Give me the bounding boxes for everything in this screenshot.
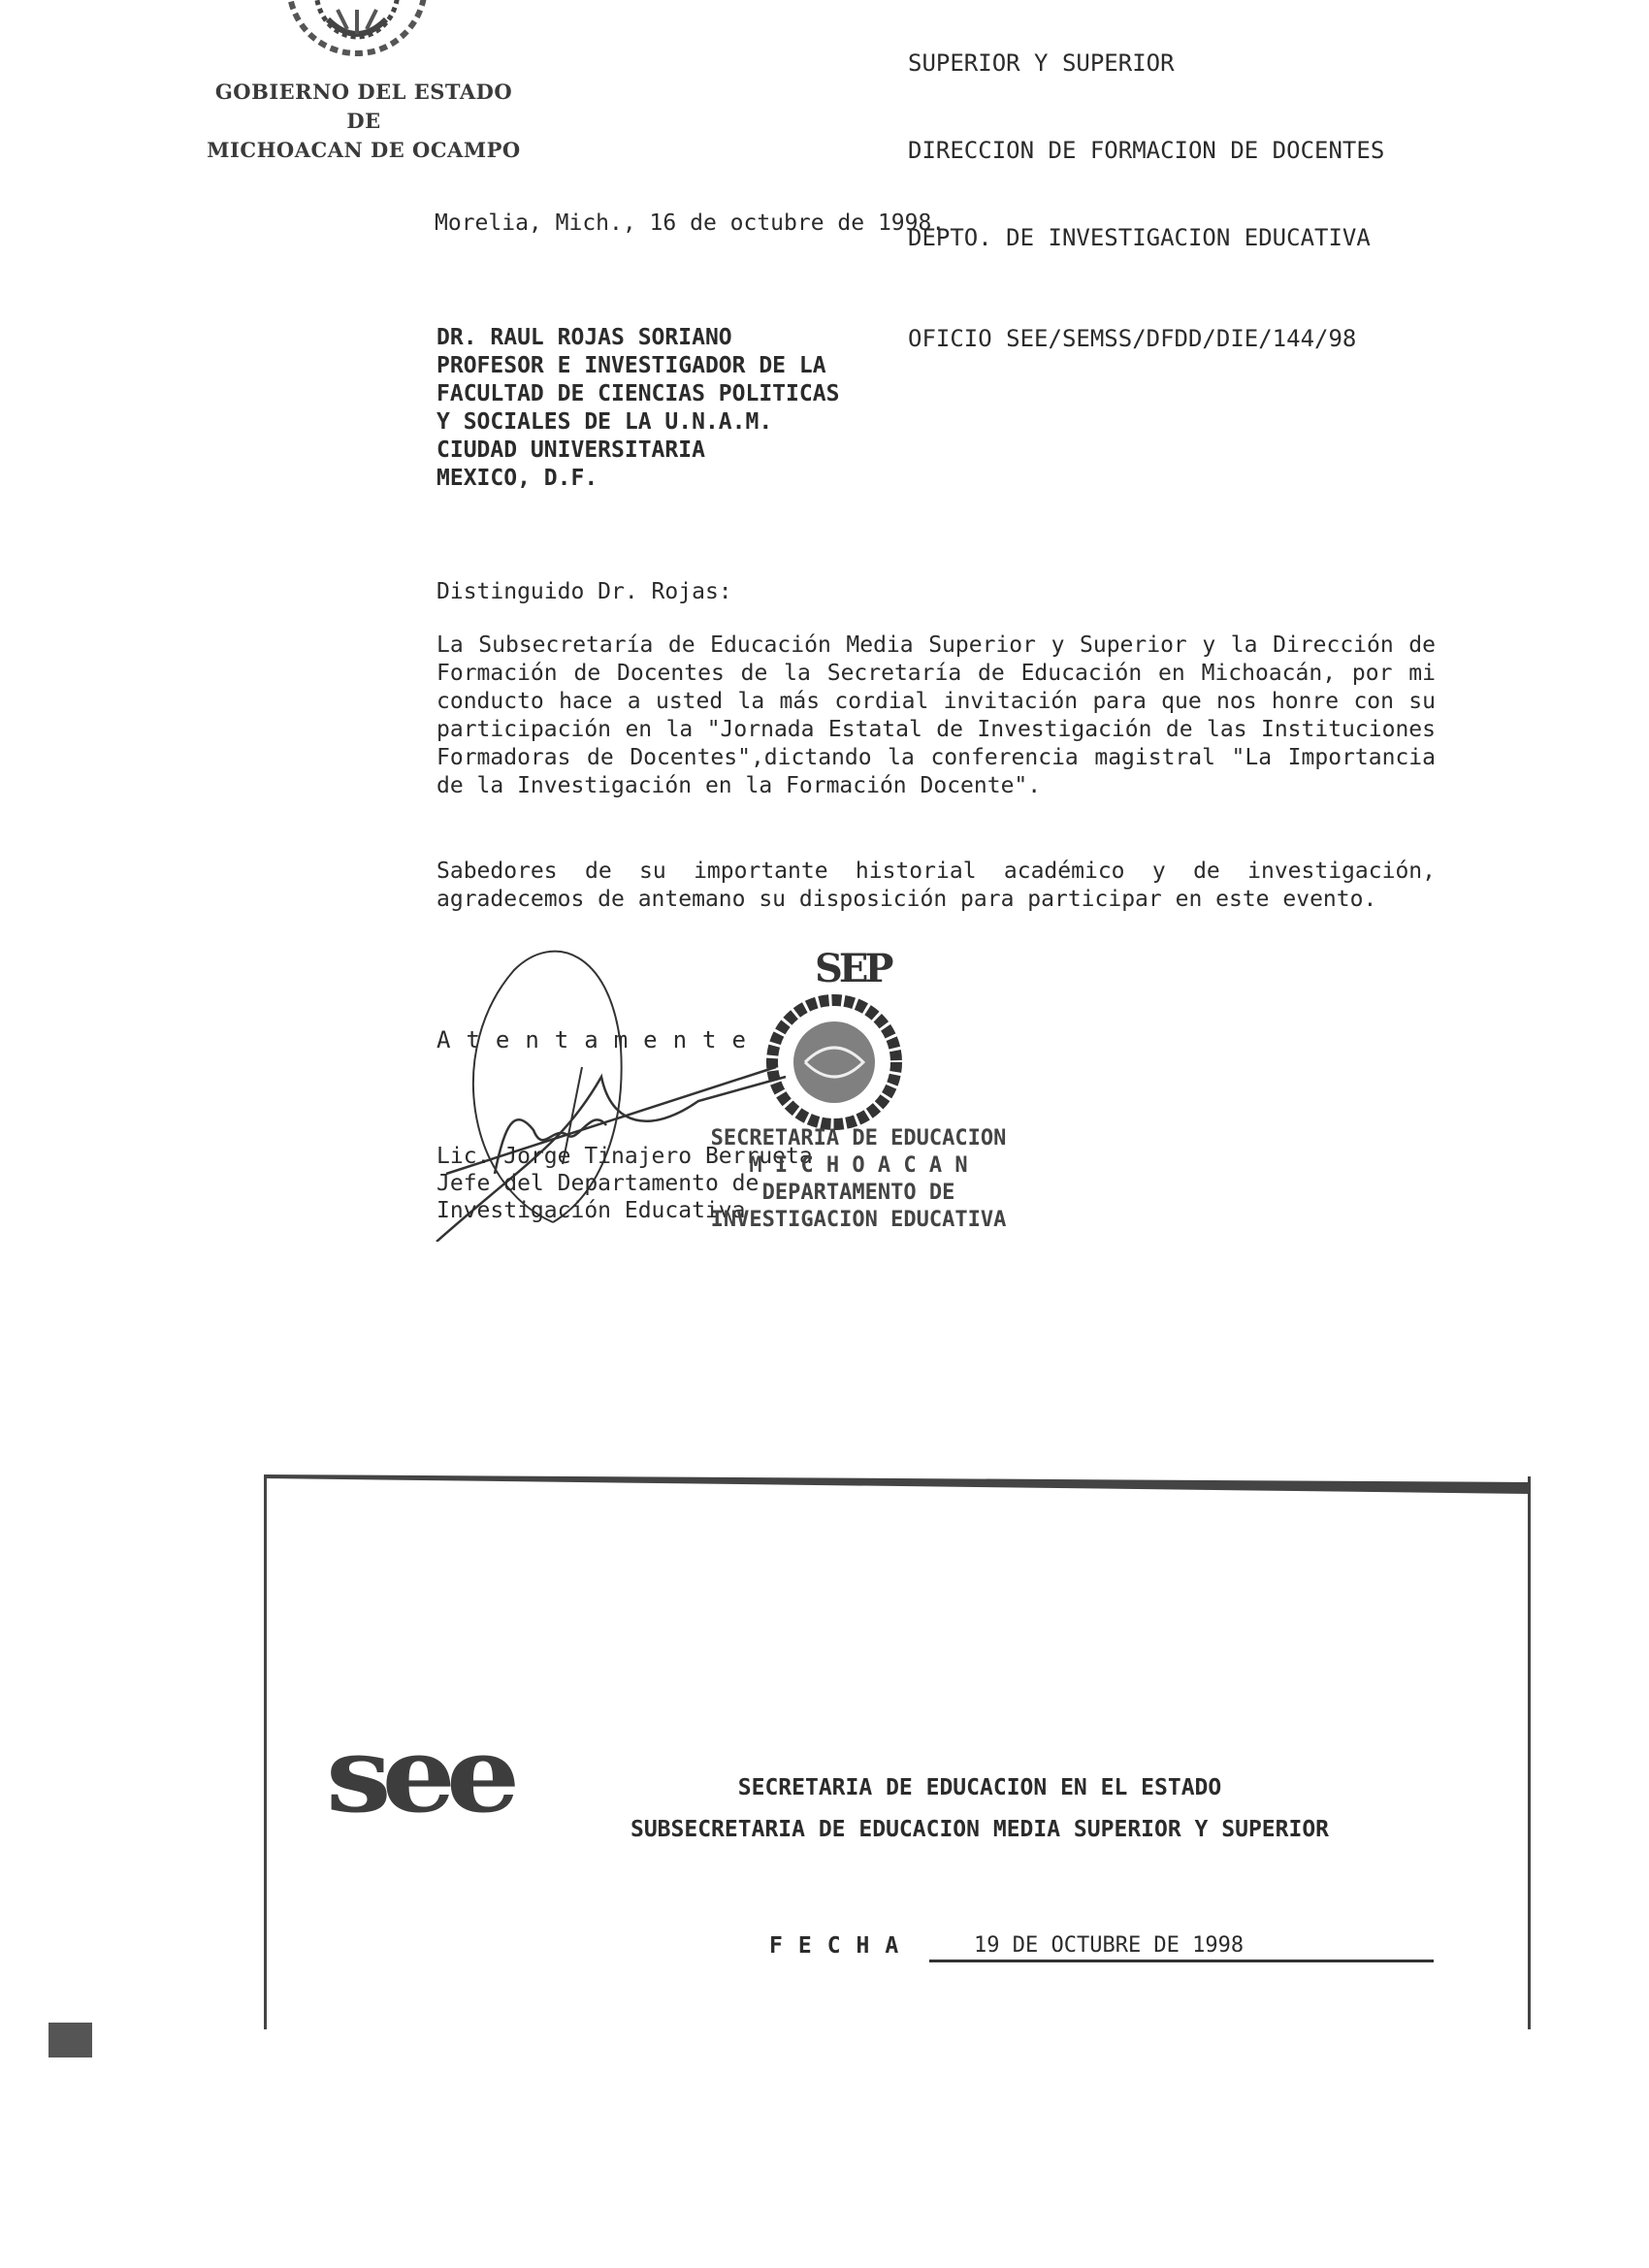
mexican-seal-icon [766, 994, 902, 1130]
department-line: SUPERIOR Y SUPERIOR [908, 49, 1384, 78]
fecha-label: FECHA [769, 1933, 914, 1959]
salutation: Distinguido Dr. Rojas: [436, 579, 732, 604]
scan-registration-mark [48, 2023, 92, 2057]
form-subtitle: SUBSECRETARIA DE EDUCACION MEDIA SUPERIO… [446, 1817, 1513, 1842]
addressee-line: CIUDAD UNIVERSITARIA [436, 437, 839, 465]
fecha-field: 19 DE OCTUBRE DE 1998 [929, 1933, 1434, 1962]
government-line: DE [189, 107, 538, 136]
stamp-line: SECRETARIA DE EDUCACION [679, 1125, 1038, 1152]
addressee-line: Y SOCIALES DE LA U.N.A.M. [436, 408, 839, 437]
stamp-line: DEPARTAMENTO DE [679, 1180, 1038, 1207]
addressee-line: MEXICO, D.F. [436, 465, 839, 493]
place-date: Morelia, Mich., 16 de octubre de 1998. [435, 211, 945, 236]
department-header: SUPERIOR Y SUPERIOR DIRECCION DE FORMACI… [908, 0, 1384, 382]
department-line: DEPTO. DE INVESTIGACION EDUCATIVA [908, 223, 1384, 252]
body-paragraph-invitation: La Subsecretaría de Educación Media Supe… [436, 632, 1436, 800]
official-stamp: SEP [766, 946, 960, 1150]
stamp-text: SECRETARIA DE EDUCACION M I C H O A C A … [679, 1125, 1038, 1234]
oficio-number: OFICIO SEE/SEMSS/DFDD/DIE/144/98 [908, 324, 1384, 353]
stamp-line: M I C H O A C A N [679, 1152, 1038, 1180]
addressee-block: DR. RAUL ROJAS SORIANO PROFESOR E INVEST… [436, 324, 839, 493]
government-line: GOBIERNO DEL ESTADO [189, 78, 538, 107]
department-line: DIRECCION DE FORMACION DE DOCENTES [908, 136, 1384, 165]
stamp-emblem: SEP [815, 946, 889, 991]
government-header: GOBIERNO DEL ESTADO DE MICHOACAN DE OCAM… [189, 78, 538, 165]
body-paragraph-thanks: Sabedores de su importante historial aca… [436, 858, 1436, 914]
addressee-line: DR. RAUL ROJAS SORIANO [436, 324, 839, 352]
stamp-line: INVESTIGACION EDUCATIVA [679, 1207, 1038, 1234]
addressee-line: FACULTAD DE CIENCIAS POLITICAS [436, 380, 839, 408]
form-title: SECRETARIA DE EDUCACION EN EL ESTADO [446, 1775, 1513, 1800]
coat-of-arms-seal-icon [279, 0, 435, 58]
addressee-line: PROFESOR E INVESTIGADOR DE LA [436, 352, 839, 380]
government-line: MICHOACAN DE OCAMPO [189, 136, 538, 165]
